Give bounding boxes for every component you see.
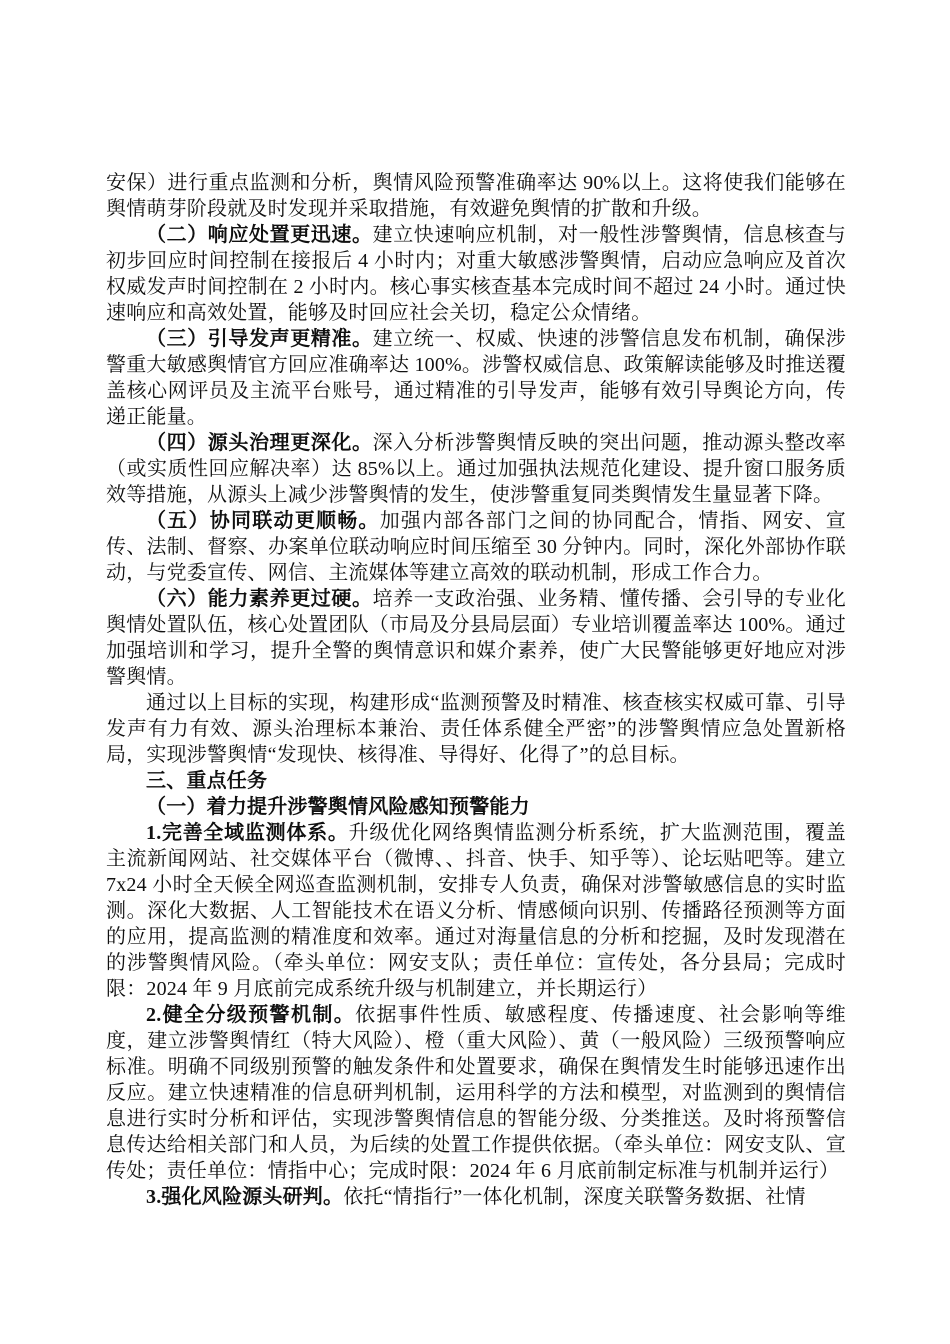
paragraph-text: 通过以上目标的实现，构建形成“监测预警及时精准、核查核实权威可靠、引导发声有力有… xyxy=(106,692,846,766)
heading-text: 三、重点任务 xyxy=(146,770,267,792)
paragraph-goal-4: （四）源头治理更深化。深入分析涉警舆情反映的突出问题，推动源头整改率（或实质性回… xyxy=(106,430,846,508)
paragraph-lead: （四）源头治理更深化。 xyxy=(146,432,373,454)
paragraph-lead: （二）响应处置更迅速。 xyxy=(146,224,373,246)
section-heading-key-tasks: 三、重点任务 xyxy=(106,768,846,794)
paragraph-lead: 2.健全分级预警机制。 xyxy=(146,1004,355,1026)
paragraph-task-1: 1.完善全域监测体系。升级优化网络舆情监测分析系统，扩大监测范围，覆盖主流新闻网… xyxy=(106,820,846,1002)
heading-text: （一）着力提升涉警舆情风险感知预警能力 xyxy=(146,796,530,818)
paragraph-lead: （六）能力素养更过硬。 xyxy=(146,588,373,610)
paragraph-lead: （三）引导发声更精准。 xyxy=(146,328,373,350)
document-body: 安保）进行重点监测和分析，舆情风险预警准确率达 90%以上。这将使我们能够在舆情… xyxy=(106,170,846,1210)
paragraph-task-3: 3.强化风险源头研判。依托“情指行”一体化机制，深度关联警务数据、社情 xyxy=(106,1184,846,1210)
paragraph-goal-5: （五）协同联动更顺畅。加强内部各部门之间的协同配合，情指、网安、宣传、法制、督察… xyxy=(106,508,846,586)
paragraph-summary: 通过以上目标的实现，构建形成“监测预警及时精准、核查核实权威可靠、引导发声有力有… xyxy=(106,690,846,768)
paragraph-task-2: 2.健全分级预警机制。依据事件性质、敏感程度、传播速度、社会影响等维度，建立涉警… xyxy=(106,1002,846,1184)
paragraph-lead: （五）协同联动更顺畅。 xyxy=(146,510,380,532)
paragraph-text: 升级优化网络舆情监测分析系统，扩大监测范围，覆盖主流新闻网站、社交媒体平台（微博… xyxy=(106,822,846,1000)
paragraph-lead: 1.完善全域监测体系。 xyxy=(146,822,349,844)
paragraph-text: 依据事件性质、敏感程度、传播速度、社会影响等维度，建立涉警舆情红（特大风险）、橙… xyxy=(106,1004,846,1182)
paragraph-goal-3: （三）引导发声更精准。建立统一、权威、快速的涉警信息发布机制，确保涉警重大敏感舆… xyxy=(106,326,846,430)
subsection-heading-risk-warning: （一）着力提升涉警舆情风险感知预警能力 xyxy=(106,794,846,820)
paragraph-text: 安保）进行重点监测和分析，舆情风险预警准确率达 90%以上。这将使我们能够在舆情… xyxy=(106,172,846,220)
paragraph-goal-6: （六）能力素养更过硬。培养一支政治强、业务精、懂传播、会引导的专业化舆情处置队伍… xyxy=(106,586,846,690)
paragraph-continuation: 安保）进行重点监测和分析，舆情风险预警准确率达 90%以上。这将使我们能够在舆情… xyxy=(106,170,846,222)
paragraph-text: 依托“情指行”一体化机制，深度关联警务数据、社情 xyxy=(343,1186,806,1208)
document-page: 安保）进行重点监测和分析，舆情风险预警准确率达 90%以上。这将使我们能够在舆情… xyxy=(0,0,950,1344)
paragraph-lead: 3.强化风险源头研判。 xyxy=(146,1186,343,1208)
paragraph-goal-2: （二）响应处置更迅速。建立快速响应机制，对一般性涉警舆情，信息核查与初步回应时间… xyxy=(106,222,846,326)
